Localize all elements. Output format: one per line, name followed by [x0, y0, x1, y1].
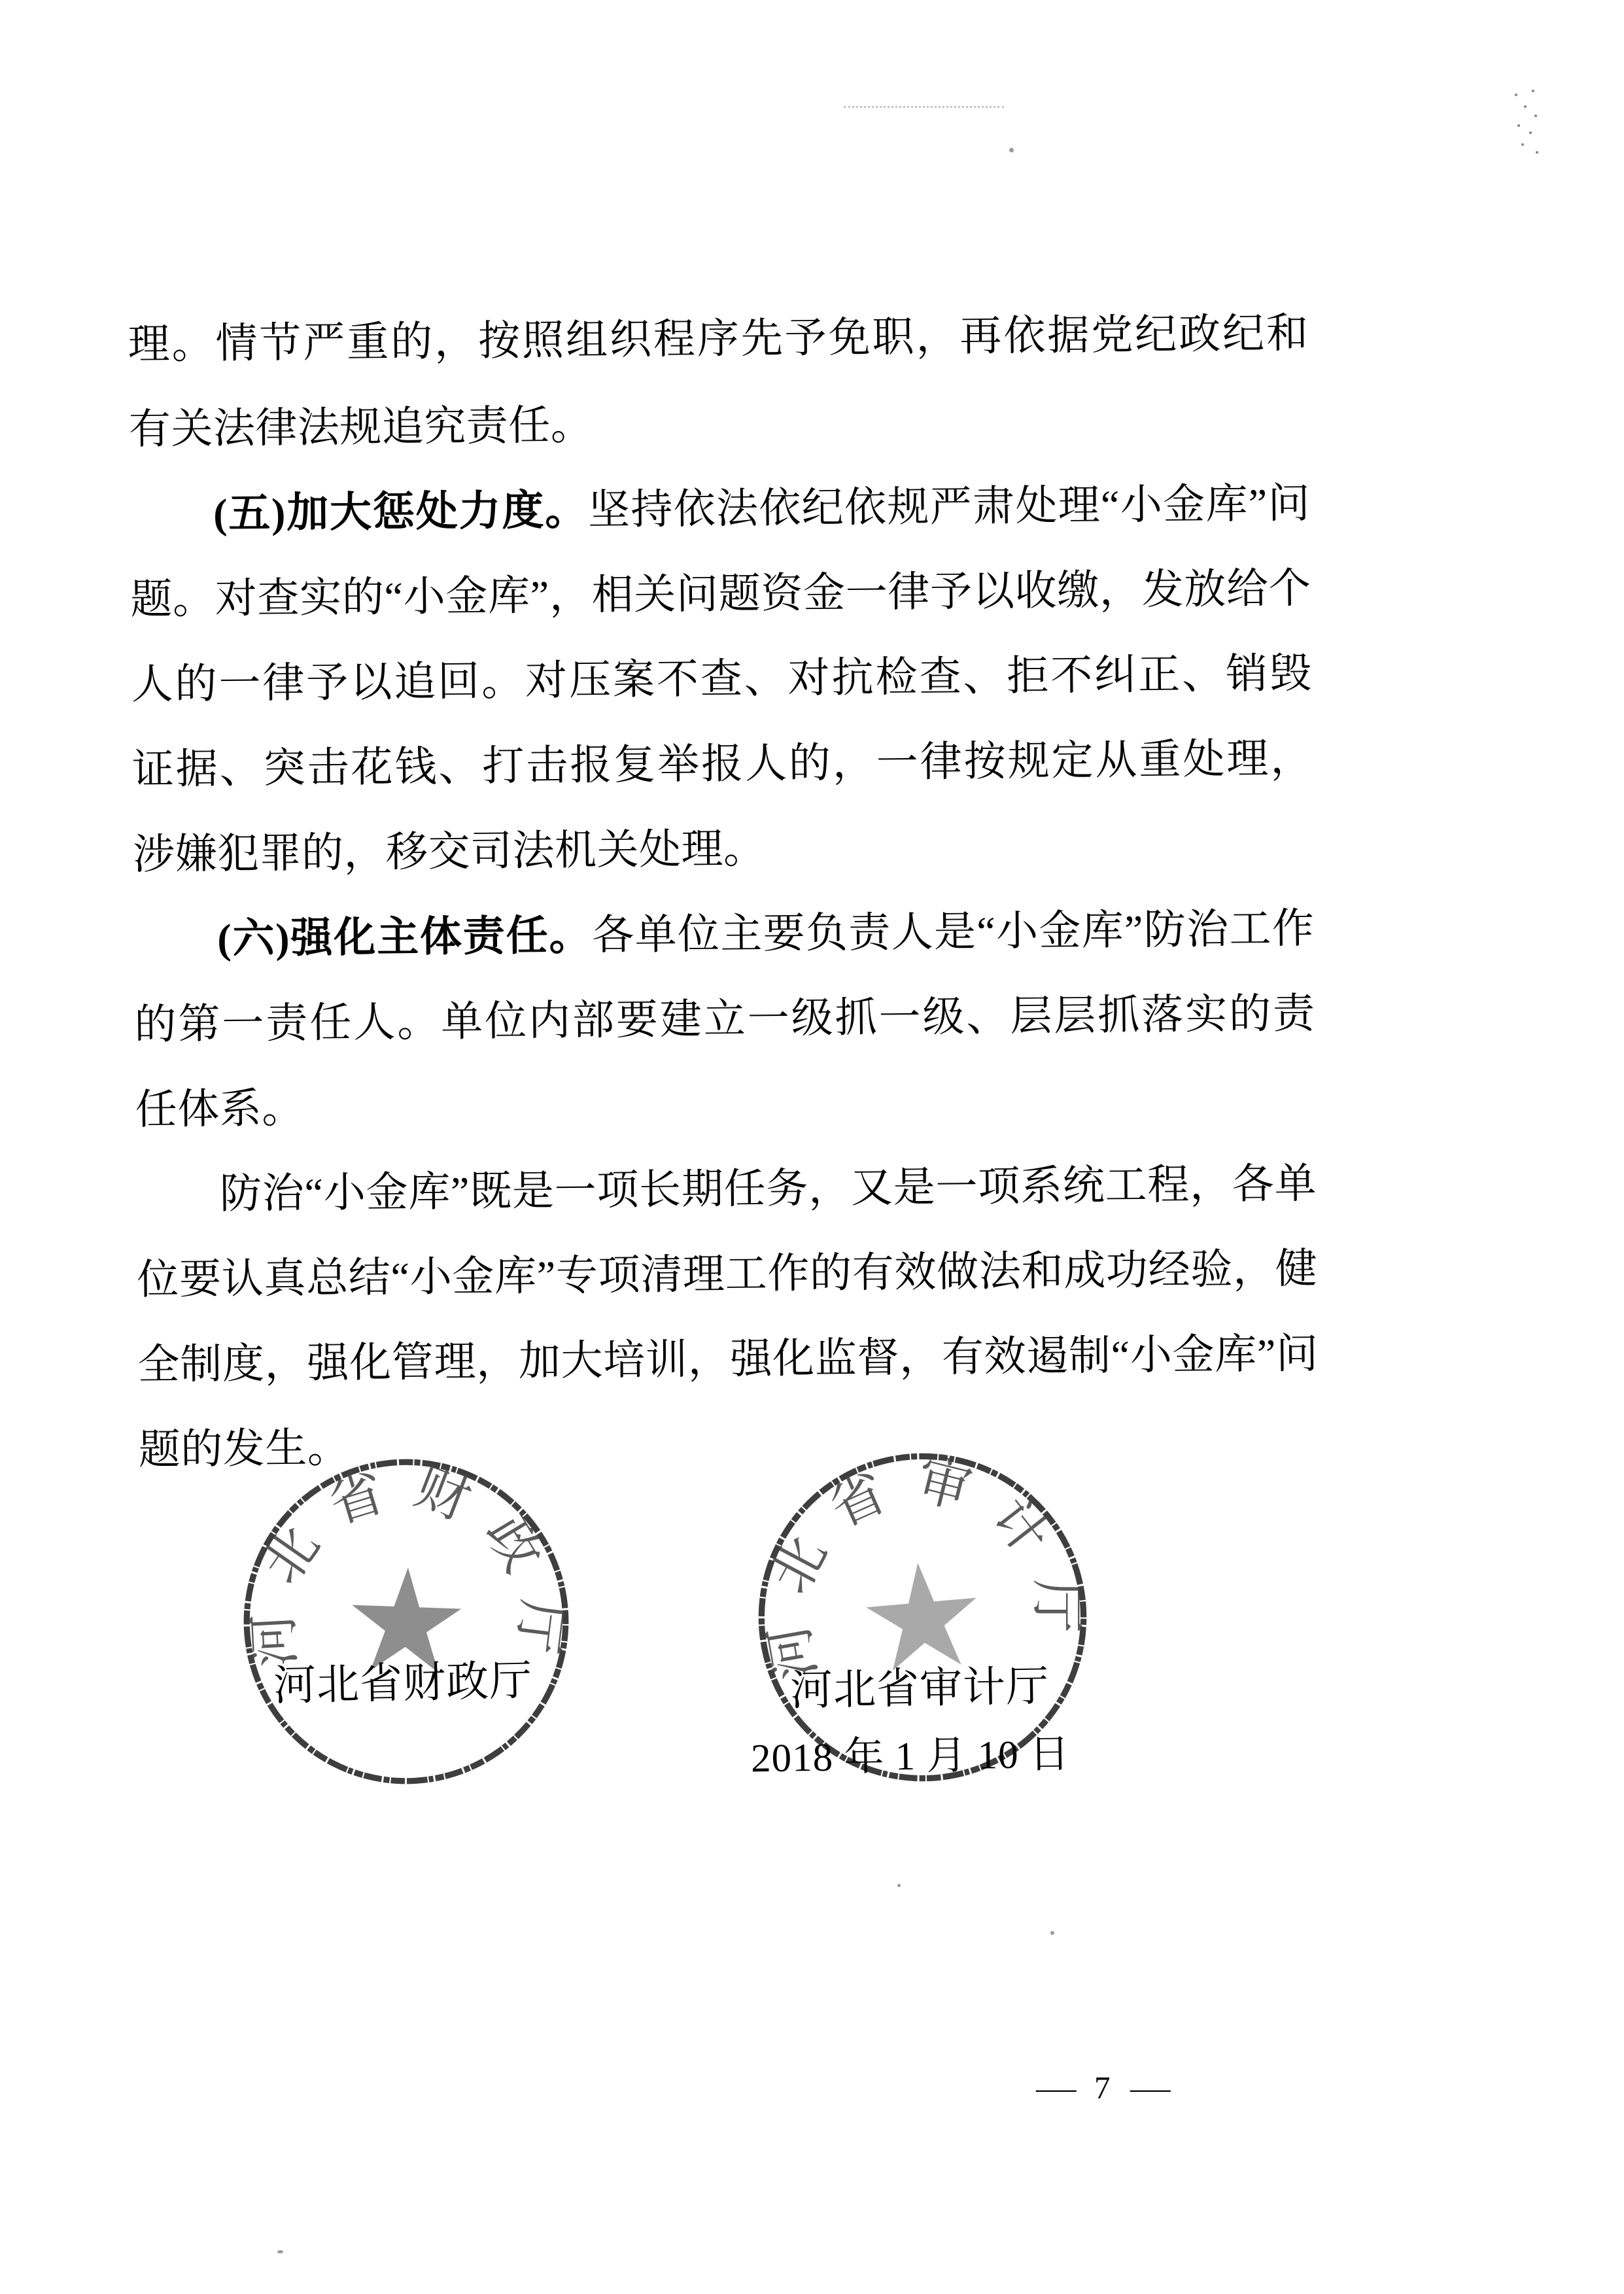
paragraph-text: 防治“小金库”既是一项长期任务，又是一项系统工程，各单位要认真总结“小金库”专项… — [137, 1160, 1319, 1473]
paragraph-text: 理。情节严重的，按照组织程序先予免职，再依据党纪政纪和有关法律法规追究责任。 — [128, 310, 1309, 453]
signature-department-right: 河北省审计厅 — [789, 1652, 1050, 1718]
paragraph-lead: (五)加大惩处力度。 — [213, 487, 589, 536]
scan-noise-dot — [897, 1884, 901, 1887]
page-number: — 7 — — [1040, 2069, 1165, 2106]
page-number-dash-left: — — [1036, 2069, 1075, 2106]
paragraph-lead: (六)强化主体责任。 — [217, 912, 593, 962]
signature-department-left: 河北省财政厅 — [273, 1646, 533, 1712]
body-paragraph: 理。情节严重的，按照组织程序先予免职，再依据党纪政纪和有关法律法规追究责任。 — [128, 291, 1309, 472]
document-body: 理。情节严重的，按照组织程序先予免职，再依据党纪政纪和有关法律法规追究责任。 (… — [128, 291, 1319, 1493]
body-paragraph: (六)强化主体责任。各单位主要负责人是“小金库”防治工作的第一责任人。单位内部要… — [133, 886, 1317, 1153]
body-paragraph: 防治“小金库”既是一项长期任务，又是一项系统工程，各单位要认真总结“小金库”专项… — [135, 1141, 1319, 1493]
page-number-value: 7 — [1094, 2069, 1111, 2106]
signature-date: 2018 年 1 月 10 日 — [750, 1722, 1070, 1784]
body-paragraph: (五)加大惩处力度。坚持依法依纪依规严肃处理“小金库”问题。对查实的“小金库”，… — [129, 461, 1313, 897]
official-seal-finance: 河北省财政厅 — [233, 1449, 578, 1794]
scan-noise-dot — [1050, 1931, 1054, 1935]
paragraph-text: 坚持依法依纪依规严肃处理“小金库”问题。对查实的“小金库”，相关问题资金一律予以… — [130, 480, 1313, 878]
scanned-document-page: 理。情节严重的，按照组织程序先予免职，再依据党纪政纪和有关法律法规追究责任。 (… — [0, 0, 1624, 2294]
scan-noise-line — [844, 106, 1004, 108]
scan-noise-speckles — [1512, 88, 1540, 157]
scan-noise-dot — [277, 2250, 283, 2253]
page-number-dash-right: — — [1130, 2069, 1169, 2106]
scan-noise-dot — [1009, 148, 1014, 152]
